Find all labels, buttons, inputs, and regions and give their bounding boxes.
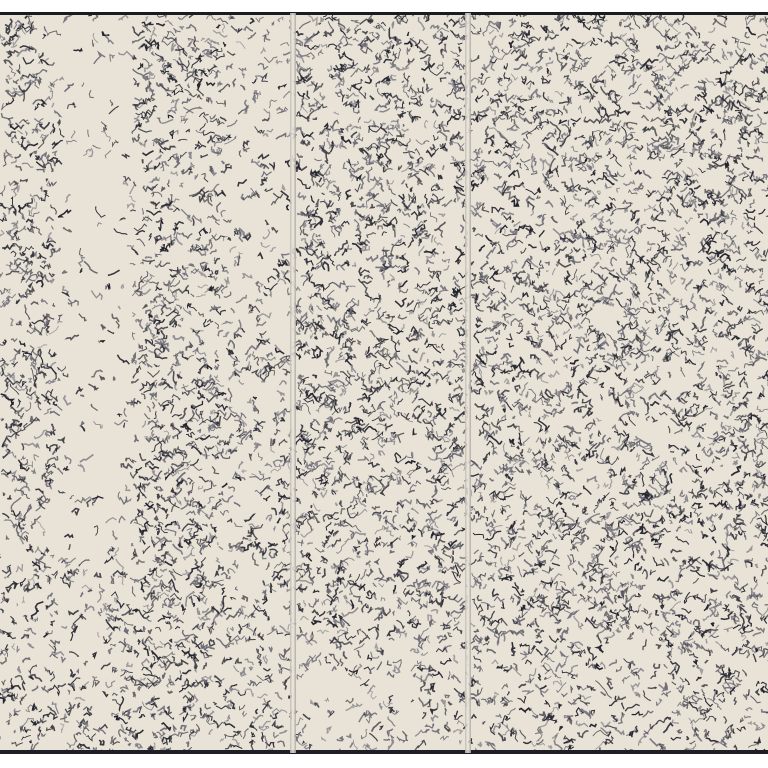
book-bottom-edge [0,750,768,754]
page-fold-left [290,13,296,753]
right-panel-drawing [468,13,768,753]
center-panel [292,13,468,753]
left-panel [0,13,292,753]
page-fold-right [465,13,471,753]
book-top-edge [0,12,768,15]
center-panel-drawing [292,13,468,753]
left-panel-drawing [0,13,292,753]
forest-drawing [0,13,768,753]
right-panel [468,13,768,753]
